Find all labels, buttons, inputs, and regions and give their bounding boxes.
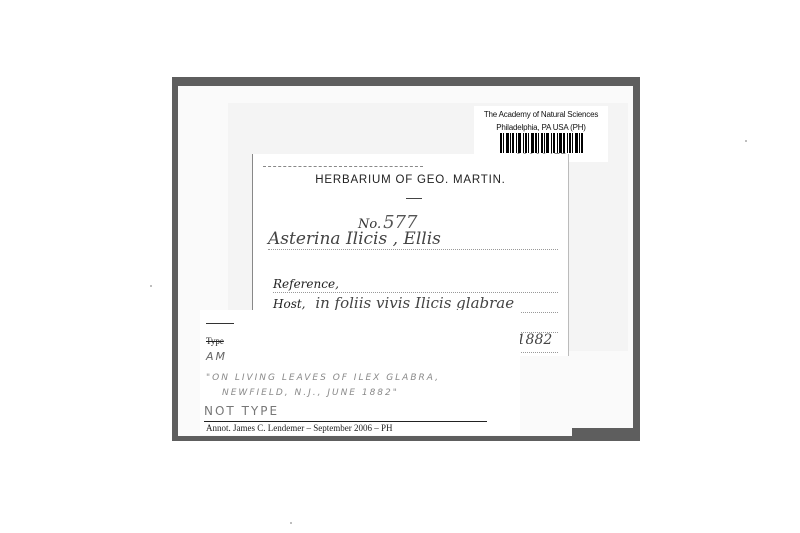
reference-key: Reference, — [273, 277, 339, 291]
annotator-credit: Annot. James C. Lendemer – September 200… — [206, 423, 392, 433]
species-name: Asterina Ilicis , Ellis — [268, 229, 558, 250]
reference-field: Reference, — [273, 274, 558, 293]
frame-edge — [572, 428, 638, 440]
institution-location: Philadelphia, PA USA (PH) — [474, 124, 608, 132]
type-rule — [206, 323, 234, 324]
speck — [745, 140, 747, 142]
speck — [150, 285, 152, 287]
speck — [290, 522, 292, 524]
annotation-label: Type AM "ON LIVING LEAVES OF ILEX GLABRA… — [200, 310, 520, 435]
annotation-note-line-1: "ON LIVING LEAVES OF ILEX GLABRA, — [206, 373, 440, 383]
type-label: Type — [206, 336, 224, 346]
annotation-note-line-2: NEWFIELD, N.J., JUNE 1882" — [222, 388, 399, 398]
type-status: NOT TYPE — [204, 404, 279, 418]
annotator-rule — [204, 421, 487, 422]
ornament-divider — [406, 198, 422, 199]
barcode-icon — [491, 133, 591, 153]
institution-name: The Academy of Natural Sciences — [474, 111, 608, 119]
label-top-rule — [263, 166, 423, 167]
herbarium-title: HERBARIUM OF GEO. MARTIN. — [253, 174, 568, 186]
annotator-initials: AM — [206, 350, 227, 363]
host-key: Host, — [273, 297, 305, 311]
